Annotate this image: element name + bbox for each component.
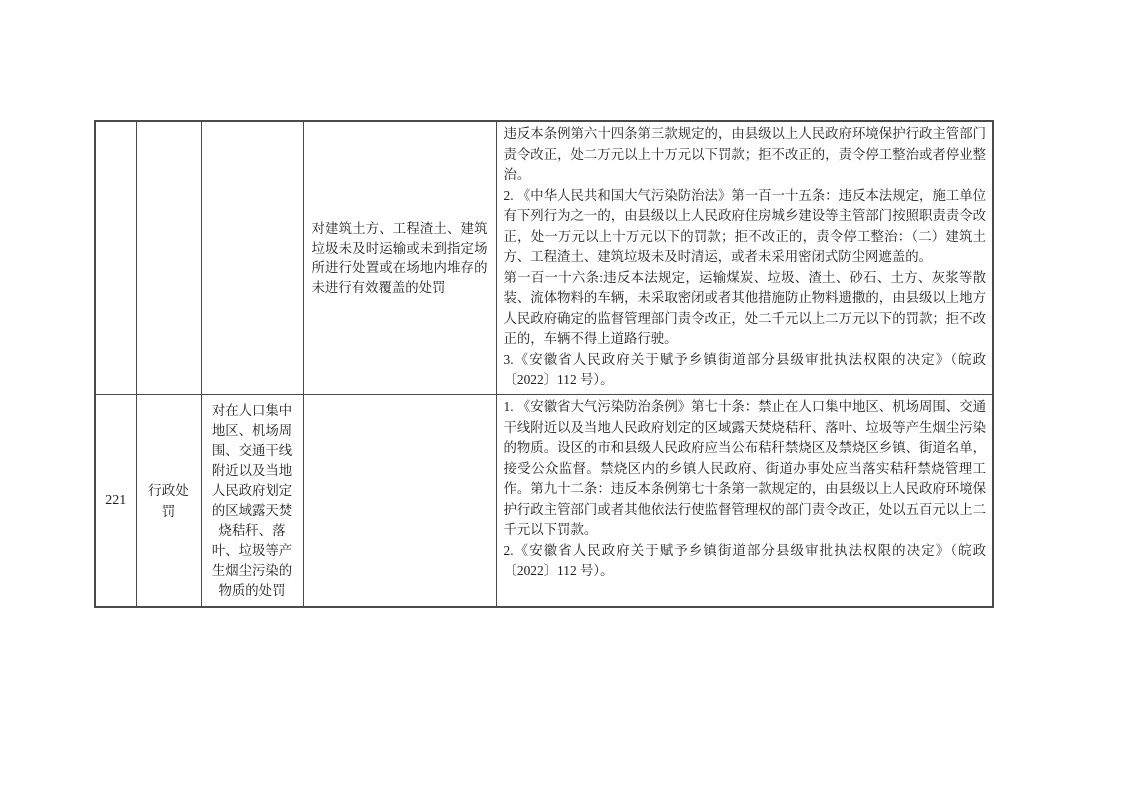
cell-legal-basis: 1. 《安徽省大气污染防治条例》第七十条：禁止在人口集中地区、机场周围、交通干线… [496, 395, 993, 608]
legal-basis-paragraph: 第一百一十六条:违反本法规定，运输煤炭、垃圾、渣土、砂石、土方、灰浆等散装、流体… [504, 268, 987, 350]
cell-legal-basis: 违反本条例第六十四条第三款规定的，由县级以上人民政府环境保护行政主管部门责令改正… [496, 121, 993, 395]
document-page: 对建筑土方、工程渣土、建筑垃圾未及时运输或未到指定场所进行处置或在场地内堆存的未… [0, 0, 1122, 793]
legal-basis-paragraph: 1. 《安徽省大气污染防治条例》第七十条：禁止在人口集中地区、机场周围、交通干线… [504, 397, 987, 541]
cell-item-narrow [201, 121, 303, 395]
cell-item-description: 对在人口集中地区、机场周围、交通干线附近以及当地人民政府划定的区域露天焚烧秸秆、… [201, 395, 303, 608]
cell-item-wide [303, 395, 496, 608]
cell-category: 行政处罚 [136, 395, 201, 608]
table-row-continued: 对建筑土方、工程渣土、建筑垃圾未及时运输或未到指定场所进行处置或在场地内堆存的未… [95, 121, 993, 395]
legal-basis-paragraph: 2.《安徽省人民政府关于赋予乡镇街道部分县级审批执法权限的决定》（皖政〔2022… [504, 541, 987, 582]
penalty-table: 对建筑土方、工程渣土、建筑垃圾未及时运输或未到指定场所进行处置或在场地内堆存的未… [94, 120, 994, 608]
cell-seq: 221 [95, 395, 136, 608]
table-row-221: 221 行政处罚 对在人口集中地区、机场周围、交通干线附近以及当地人民政府划定的… [95, 395, 993, 608]
legal-basis-paragraph: 2. 《中华人民共和国大气污染防治法》第一百一十五条：违反本法规定，施工单位有下… [504, 186, 987, 268]
legal-basis-paragraph: 3.《安徽省人民政府关于赋予乡镇街道部分县级审批执法权限的决定》（皖政〔2022… [504, 350, 987, 391]
cell-seq [95, 121, 136, 395]
cell-category [136, 121, 201, 395]
cell-item-description: 对建筑土方、工程渣土、建筑垃圾未及时运输或未到指定场所进行处置或在场地内堆存的未… [303, 121, 496, 395]
legal-basis-paragraph: 违反本条例第六十四条第三款规定的，由县级以上人民政府环境保护行政主管部门责令改正… [504, 124, 987, 186]
